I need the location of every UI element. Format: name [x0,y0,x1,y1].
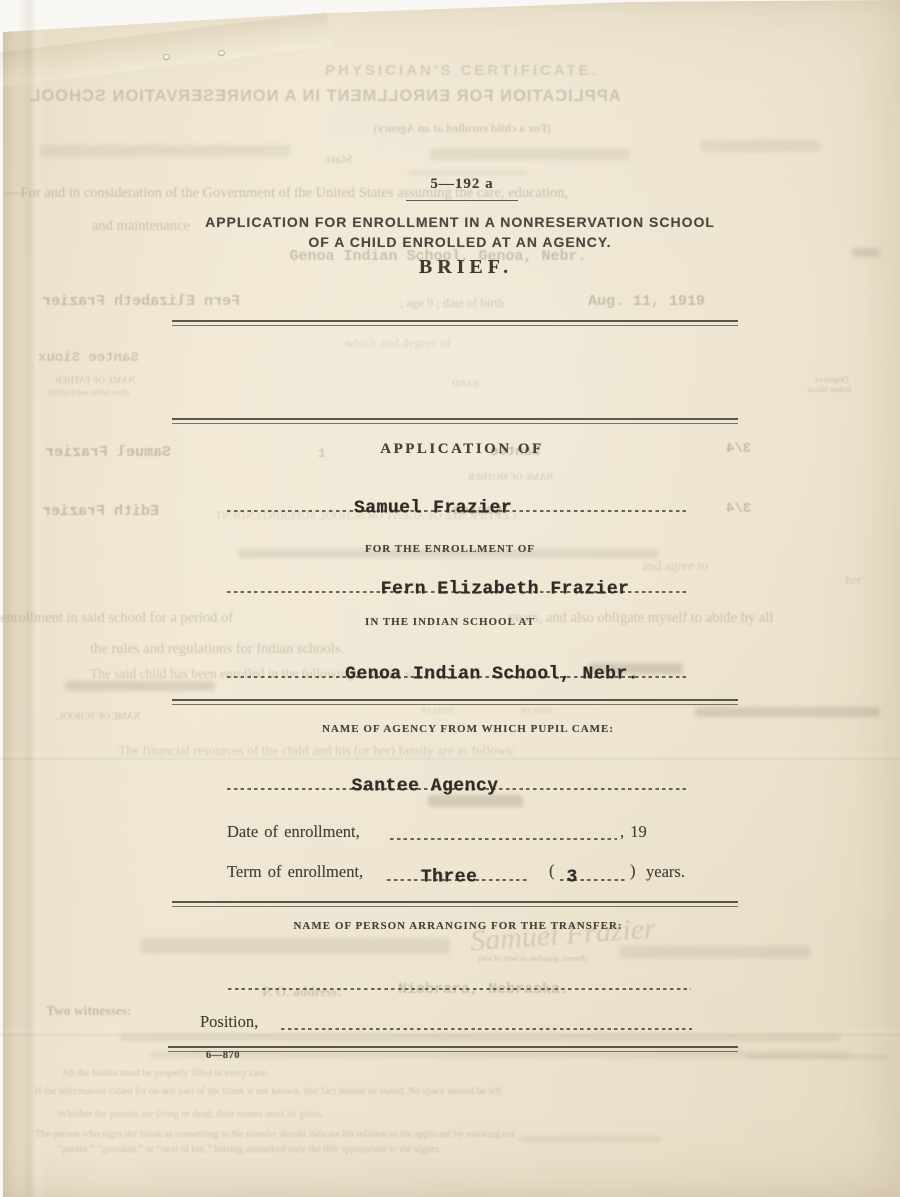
bleedthrough-text: APPLICATION FOR ENROLLMENT IN A NONRESER… [29,87,620,106]
bleedthrough-text: Samuel Frazier [45,444,171,461]
bleedthrough-text: her [845,572,862,588]
bleedthrough-smudge [695,707,880,717]
bleedthrough-text: 3/4 [726,441,751,457]
transfer-fill-line [228,988,691,990]
bleedthrough-smudge [852,248,880,257]
date-year-suffix: , 19 [620,822,647,842]
bleedthrough-text: Two witnesses: [46,1003,132,1019]
bleedthrough-text: (their habits and English) [48,388,129,397]
date-of-enrollment-label: Date of enrollment, [227,822,360,842]
bleedthrough-smudge [40,145,290,157]
bleedthrough-text: NAME OF MOTHER [468,473,553,483]
term-paren-open: ( [549,861,555,881]
bleedthrough-text: “parent,” “guardian,” or “next of kin,” … [58,1144,441,1155]
date-fill-line [390,838,617,840]
brief-title: BRIEF. [419,256,513,279]
bleedthrough-text: 1 [318,446,326,461]
bleedthrough-text: P. O. address: [262,984,342,1000]
bleedthrough-text: the rules and regulations for Indian sch… [90,641,344,658]
bleedthrough-text: which and degree of [345,335,451,351]
term-paren-close: ) [630,861,636,881]
print-code: 6—870 [206,1050,240,1061]
application-of-label: APPLICATION OF [380,441,543,458]
bleedthrough-text: The financial resources of the child and… [118,743,516,759]
bleedthrough-smudge [65,681,215,691]
section-rule [172,418,738,424]
heading-line-1: APPLICATION FOR ENROLLMENT IN A NONRESER… [205,214,715,230]
bleedthrough-smudge [408,172,526,174]
bleedthrough-text: DATE OF [420,706,453,715]
bleedthrough-text: PHYSICIAN'S CERTIFICATE. [325,62,599,79]
school-name: Genoa Indian School, Nebr. [345,664,639,684]
section-rule [172,699,738,705]
agency-name: Santee Agency [352,776,499,796]
section-rule [172,320,738,326]
bleedthrough-text: Aug. 11, 1919 [588,293,705,310]
bleedthrough-text: enrollment in said school for a period o… [0,610,233,627]
bleedthrough-text: BAND [452,380,479,390]
bleedthrough-text: The person who signs the blank as consen… [35,1129,515,1140]
bleedthrough-smudge [150,1051,850,1058]
heading-line-2: OF A CHILD ENROLLED AT AN AGENCY. [308,234,611,250]
bleedthrough-smudge [428,795,523,807]
bleedthrough-text: Santee Sioux [38,350,139,366]
bleedthrough-text: Edith Frazier [42,503,159,520]
bleedthrough-text: 3/4 [726,501,751,517]
position-label: Position, [200,1012,258,1032]
bleedthrough-smudge [120,1034,840,1041]
bleedthrough-smudge [700,140,820,152]
position-fill-line [281,1028,692,1030]
bleedthrough-smudge [520,1138,660,1140]
applicant-name: Samuel Frazier [354,498,512,518]
bleedthrough-text: and maintenance [92,218,190,235]
term-years-label: years. [646,862,685,882]
bleedthrough-text: State [325,151,353,167]
bleedthrough-smudge [140,938,450,954]
bleedthrough-smudge [620,946,810,958]
bleedthrough-text: Degree of [815,374,849,384]
pinhole [219,51,224,55]
bleedthrough-text: If the information called for on any par… [35,1086,502,1097]
bleedthrough-text: NAME OF FATHER [55,376,135,386]
bleedthrough-text: All the blanks must be properly filled i… [62,1068,269,1079]
form-number-underline [406,200,518,201]
section-rule [172,901,738,907]
bleedthrough-text: NAME OF SCHOOL. [55,712,140,722]
term-number: 3 [566,867,577,887]
bleedthrough-text: Fern Elizabeth Frazier [42,293,240,310]
bleedthrough-text: Indian blood [808,384,851,394]
bleedthrough-smudge [430,148,630,160]
transfer-label: NAME OF PERSON ARRANGING FOR THE TRANSFE… [293,920,622,932]
scanned-document-page: PHYSICIAN'S CERTIFICATE.APPLICATION FOR … [0,0,900,1197]
form-number: 5—192 a [430,176,493,193]
agency-label: NAME OF AGENCY FROM WHICH PUPIL CAME: [322,723,614,735]
bleedthrough-text: ; age 9 ; date of birth [400,296,504,311]
term-of-enrollment-label: Term of enrollment, [227,862,363,882]
bleedthrough-text: (Parent, guardian or next of kin) [478,953,588,963]
bleedthrough-text: (For a child enrolled at an Agency) [373,121,551,136]
bleedthrough-text: DATE OF [520,706,553,715]
bleedthrough-text: and agree to [642,558,708,574]
section-rule [168,1046,738,1052]
indian-school-label: IN THE INDIAN SCHOOL AT [365,616,535,628]
bleedthrough-text: Whether the parents are living or dead, … [58,1109,324,1120]
bleedthrough-text: years, and also obligate myself to abide… [508,610,773,627]
enrollment-of-label: FOR THE ENROLLMENT OF [365,543,535,555]
term-text: Three [421,867,478,887]
pinhole [164,55,169,59]
child-name: Fern Elizabeth Frazier [381,579,630,599]
